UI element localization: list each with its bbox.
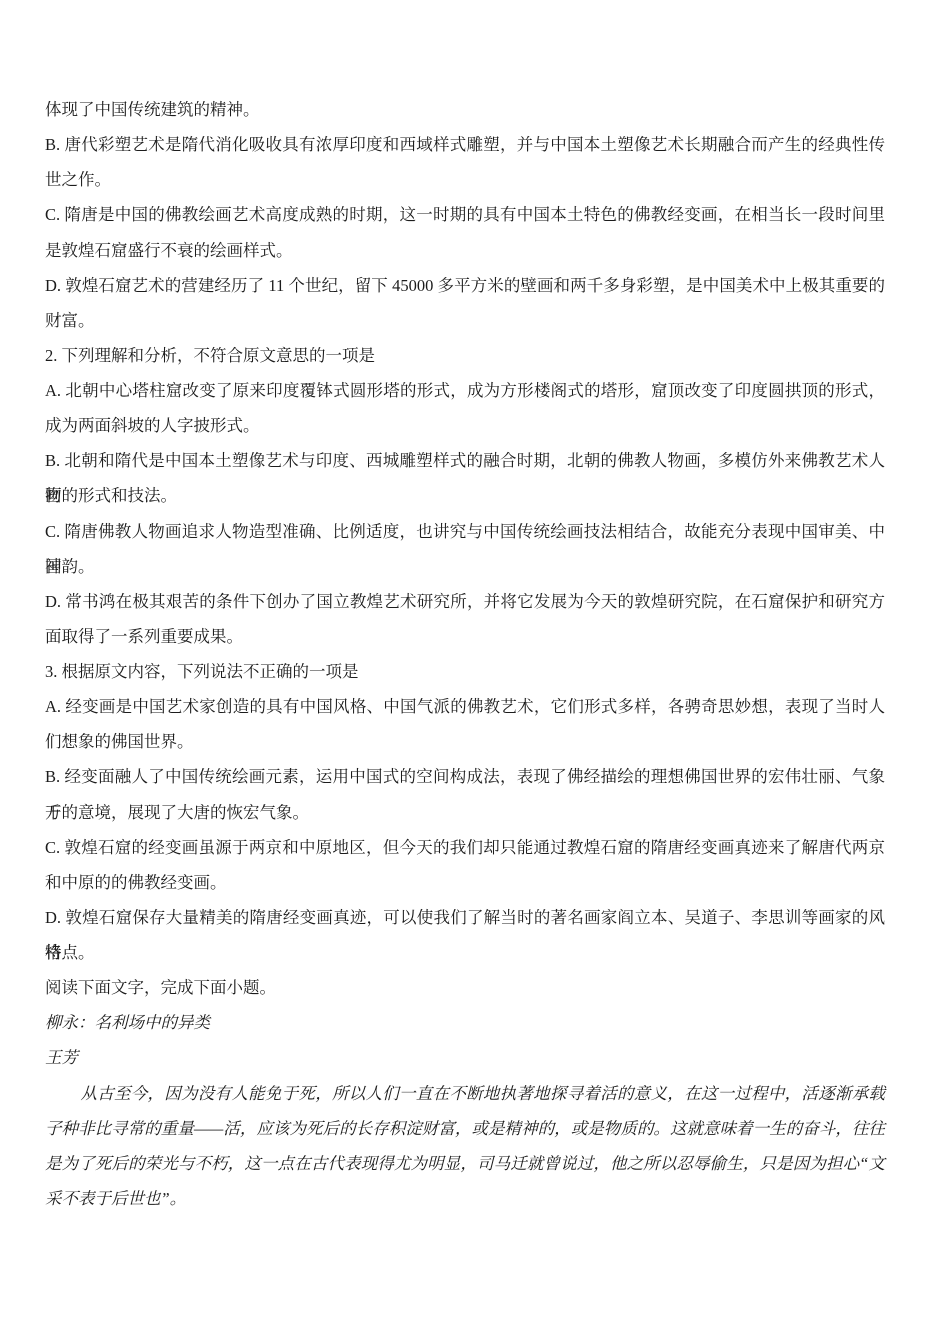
q2-option-c-line1: C. 隋唐佛教人物画追求人物造型准确、比例适度，也讲究与中国传统绘画技法相结合，… (45, 514, 885, 549)
q2-option-b-line1: B. 北朝和隋代是中国本土塑像艺术与印度、西城雕塑样式的融合时期，北朝的佛教人物… (45, 443, 885, 478)
q3-option-c-line1: C. 敦煌石窟的经变画虽源于两京和中原地区，但今天的我们却只能通过教煌石窟的隋唐… (45, 830, 885, 865)
essay-paragraph-line2: 一种非比寻常的重量——活，应该为死后的长存积淀财富，或是精神的，或是物质的。这就… (45, 1111, 885, 1146)
q1-option-d-line1: D. 敦煌石窟艺术的营建经历了 11 个世纪，留下 45000 多平方米的壁画和… (45, 268, 885, 303)
q3-option-b-line2: 千的意境，展现了大唐的恢宏气象。 (45, 795, 885, 830)
essay-paragraph-line3: 是为了死后的荣光与不朽，这一点在古代表现得尤为明显，司马迁就曾说过，他之所以忍辱… (45, 1146, 885, 1181)
q2-option-a-line2: 成为两面斜坡的人字披形式。 (45, 408, 885, 443)
essay-author: 王芳 (45, 1040, 885, 1075)
q3-option-c-line2: 和中原的的佛教经变画。 (45, 865, 885, 900)
q1-option-a-continuation: 体现了中国传统建筑的精神。 (45, 92, 885, 127)
q2-option-d-line1: D. 常书鸿在极其艰苦的条件下创办了国立教煌艺术研究所，并将它发展为今天的敦煌研… (45, 584, 885, 619)
q3-option-d-line2: 特点。 (45, 935, 885, 970)
essay-paragraph-line4: 采不表于后世也”。 (45, 1181, 885, 1216)
q2-stem: 2. 下列理解和分析，不符合原文意思的一项是 (45, 338, 885, 373)
q2-option-d-line2: 面取得了一系列重要成果。 (45, 619, 885, 654)
q3-option-a-line2: 们想象的佛国世界。 (45, 724, 885, 759)
q1-option-c-line2: 是敦煌石窟盛行不衰的绘画样式。 (45, 233, 885, 268)
reading-instruction: 阅读下面文字，完成下面小题。 (45, 970, 885, 1005)
essay-title: 柳永：名利场中的异类 (45, 1005, 885, 1040)
q1-option-b-line2: 世之作。 (45, 162, 885, 197)
q3-option-d-line1: D. 敦煌石窟保存大量精美的隋唐经变画真迹，可以使我们了解当时的著名画家阎立本、… (45, 900, 885, 935)
q2-option-a-line1: A. 北朝中心塔柱窟改变了原来印度覆钵式圆形塔的形式，成为方形楼阁式的塔形，窟顶… (45, 373, 885, 408)
q3-option-b-line1: B. 经变面融人了中国传统绘画元素，运用中国式的空间构成法，表现了佛经描绘的理想… (45, 759, 885, 794)
q1-option-d-line2: 财富。 (45, 303, 885, 338)
q3-stem: 3. 根据原文内容，下列说法不正确的一项是 (45, 654, 885, 689)
essay-paragraph-line1: 从古至今，因为没有人能免于死，所以人们一直在不断地执著地探寻着活的意义，在这一过… (45, 1076, 885, 1111)
q3-option-a-line1: A. 经变画是中国艺术家创造的具有中国风格、中国气派的佛教艺术，它们形式多样，各… (45, 689, 885, 724)
q2-option-b-line2: 画的形式和技法。 (45, 478, 885, 513)
q1-option-c-line1: C. 隋唐是中国的佛教绘画艺术高度成熟的时期，这一时期的具有中国本土特色的佛教经… (45, 197, 885, 232)
document-page: 体现了中国传统建筑的精神。 B. 唐代彩塑艺术是隋代消化吸收具有浓厚印度和西域样… (0, 0, 950, 1344)
q1-option-b-line1: B. 唐代彩塑艺术是隋代消化吸收具有浓厚印度和西域样式雕塑，并与中国本土塑像艺术… (45, 127, 885, 162)
q2-option-c-line2: 神韵。 (45, 549, 885, 584)
